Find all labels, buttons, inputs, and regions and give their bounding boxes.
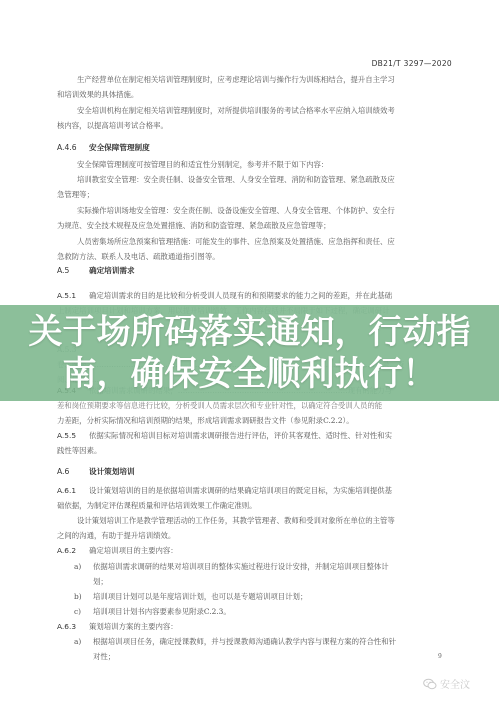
clause-number: A.5.5 — [57, 431, 89, 440]
clause-text: 策划培训方案的主要内容： — [89, 622, 178, 631]
paragraph-line: 安全培训机构在制定相关培训管理制度时，对所提供培训服务的考试合格率水平应纳入培训… — [77, 106, 452, 115]
wechat-icon — [423, 678, 437, 690]
section-number: A.4.6 — [57, 143, 89, 152]
clause-text: 设计策划培训的目的是依据培训需求调研的结果确定培训项目的既定目标，为实施培训提供… — [89, 486, 392, 495]
list-marker: a) — [74, 562, 93, 571]
paragraph-line: 生产经营单位在制定相关培训管理制度时，应考虑理论培训与操作行为训练相结合，提升自… — [77, 75, 452, 84]
headline-line-1: 关于场所码落实通知，行动指 — [29, 311, 471, 353]
clause-number: A.6.3 — [57, 622, 89, 631]
watermark-label: 安全汶 — [440, 676, 470, 691]
section-title: 设计策划培训 — [89, 467, 135, 476]
section-number: A.6 — [57, 467, 89, 476]
list-marker: c) — [74, 607, 93, 616]
list-marker: a) — [74, 637, 93, 646]
headline-line-2: 南，确保安全顺利执行！ — [63, 353, 437, 395]
list-item-text: 依据培训需求调研的结果对培训项目的整体实施过程进行设计安排，并制定培训项目整体计 — [93, 562, 389, 571]
clause-text: 确定培训项目的主要内容： — [89, 546, 178, 555]
list-item-continuation: 划； — [93, 577, 452, 586]
paragraph-line: 践性等因素。 — [57, 446, 452, 455]
paragraph-line: 和培训效果的具体措施。 — [57, 90, 452, 99]
section-number: A.5 — [57, 266, 89, 275]
list-item-text: 培训项目计划书内容要素参见附录C.2.3。 — [93, 607, 231, 616]
standard-code: DB21/T 3297—2020 — [372, 59, 452, 68]
section-title: 确定培训需求 — [89, 266, 135, 275]
page-number: 9 — [438, 653, 442, 660]
section-heading-a46: A.4.6安全保障管理制度 — [57, 142, 150, 153]
clause-a61-line: A.6.1设计策划培训的目的是依据培训需求调研的结果确定培训项目的既定目标，为实… — [57, 486, 452, 495]
list-item-text: 培训项目计划可以是年度培训计划，也可以是专题培训项目计划； — [93, 592, 307, 601]
list-item: a)根据培训项目任务，确定授课教师，并与授课教师沟通确认教学内容与课程方案的符合… — [74, 637, 452, 646]
section-title: 安全保障管理制度 — [89, 143, 150, 152]
paragraph-line: 力差距，分析实际情况和培训预期的结果，形成培训需求调研报告文件（参见附录C.2.… — [57, 416, 452, 425]
paragraph-line: 人员密集场所应急预案和管理措施：可能发生的事件、应急预案及处置措施、应急指挥和责… — [77, 237, 452, 246]
clause-a55-line: A.5.5依据实际情况和培训目标对培训需求调研报告进行评估，评价其客观性、适时性… — [57, 431, 452, 440]
list-marker: b) — [74, 592, 93, 601]
paragraph-line: 之间的沟通，有助于提升培训绩效。 — [57, 531, 452, 540]
paragraph-line: 核内容，以提高培训考试合格率。 — [57, 121, 452, 130]
paragraph-line: 急救防方法、联系人及电话、疏散通道指引图等。 — [57, 252, 452, 261]
paragraph-line: 安全保障管理制度可按管理目的和适宜性分别制定，参考并不限于如下内容： — [77, 160, 452, 169]
clause-text: 确定培训需求的目的是比较和分析受训人员现有的和预期要求的能力之间的差距，并在此基… — [89, 291, 392, 300]
paragraph-line: 培训教室安全管理：安全责任制、设备安全管理、人身安全管理、消防和防盗管理、紧急疏… — [77, 175, 452, 184]
clause-number: A.6.2 — [57, 546, 89, 555]
list-item-text: 根据培训项目任务，确定授课教师，并与授课教师沟通确认教学内容与课程方案的符合性和… — [93, 637, 396, 646]
clause-number: A.5.1 — [57, 291, 89, 300]
clause-a63-line: A.6.3策划培训方案的主要内容： — [57, 622, 452, 631]
paragraph-line: 础依据，为制定评估课程质量和评估培训效果工作确定准则。 — [57, 501, 452, 510]
headline-banner: 关于场所码落实通知，行动指 南，确保安全顺利执行！ — [0, 305, 499, 401]
list-item: b)培训项目计划可以是年度培训计划，也可以是专题培训项目计划； — [74, 592, 452, 601]
clause-text: 依据实际情况和培训目标对培训需求调研报告进行评估，评价其客观性、适时性、针对性和… — [89, 431, 392, 440]
paragraph-line: 设计策划培训工作是教学管理活动的工作任务，其教学管理者、教师和受训对象所在单位的… — [77, 516, 452, 525]
list-item: a)依据培训需求调研的结果对培训项目的整体实施过程进行设计安排，并制定培训项目整… — [74, 562, 452, 571]
list-item: c)培训项目计划书内容要素参见附录C.2.3。 — [74, 607, 452, 616]
clause-a51-line: A.5.1确定培训需求的目的是比较和分析受训人员现有的和预期要求的能力之间的差距… — [57, 291, 452, 300]
watermark: 安全汶 — [423, 676, 470, 691]
section-heading-a5: A.5确定培训需求 — [57, 265, 135, 276]
list-item-continuation: 对性； — [93, 652, 452, 661]
paragraph-line: 急管理等； — [57, 190, 452, 199]
headline-title: 关于场所码落实通知，行动指 南，确保安全顺利执行！ — [0, 305, 499, 401]
paragraph-line: 为规范、安全技术规程及应急处置措施、消防和防盗管理、紧急疏散及应急管理等； — [57, 221, 452, 230]
paragraph-line: 差和岗位预期要求等信息进行比较，分析受训人员需求层次和专业针对性，以确定符合受训… — [57, 401, 452, 410]
clause-a62-line: A.6.2确定培训项目的主要内容： — [57, 546, 452, 555]
section-heading-a6: A.6设计策划培训 — [57, 466, 135, 477]
clause-number: A.6.1 — [57, 486, 89, 495]
paragraph-line: 实际操作培训场地安全管理：安全责任制、设备设施安全管理、人身安全管理、个体防护、… — [77, 206, 452, 215]
